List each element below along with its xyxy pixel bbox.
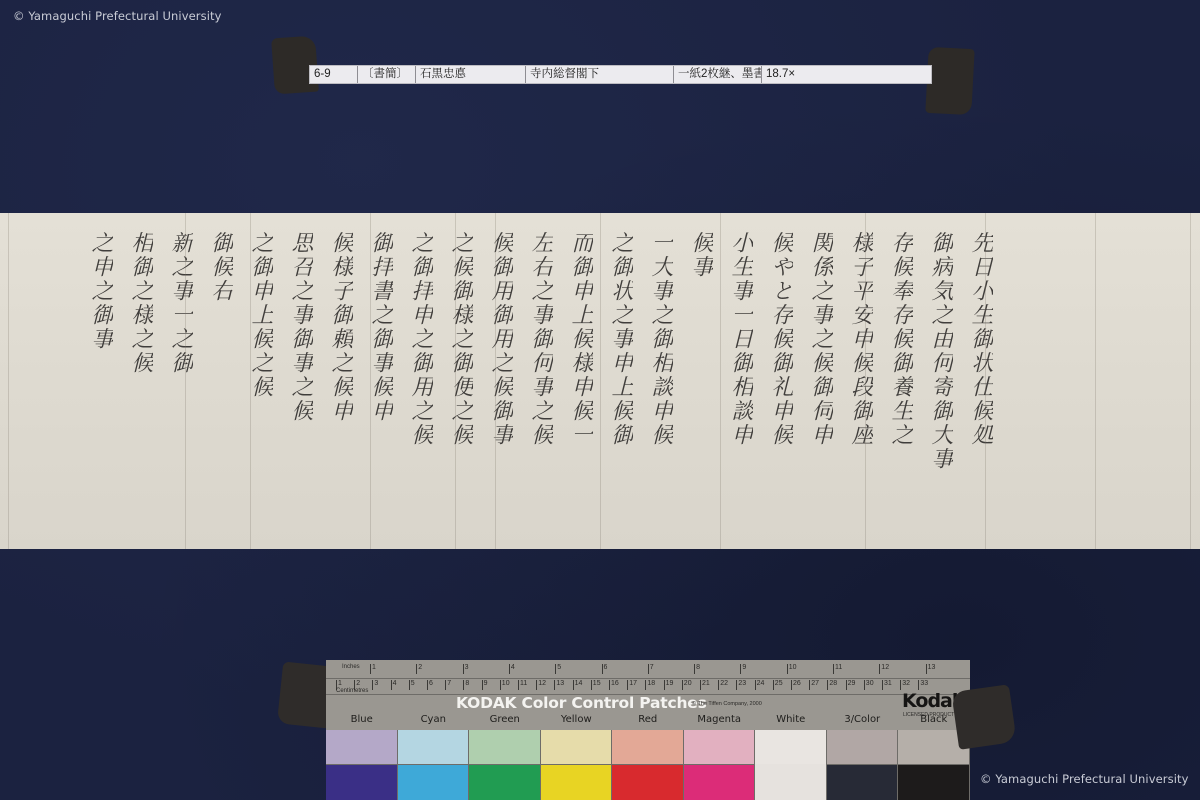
color-patch (755, 730, 827, 800)
ruler-cm-tick: 25 (775, 680, 783, 687)
ruler-cm-tick: 8 (465, 680, 469, 687)
calligraphy-column: 候御用御用之候御事 (480, 231, 520, 539)
ruler-cm-tick: 2 (356, 680, 360, 687)
ruler-cm-tick: 9 (484, 680, 488, 687)
patch-label: White (755, 714, 827, 730)
paper-fold-line (1095, 213, 1096, 549)
tape-piece (925, 47, 974, 115)
color-patch (541, 730, 613, 800)
patch-light-swatch (541, 730, 612, 764)
paper-fold-line (370, 213, 371, 549)
ruler-cm-tick: 33 (920, 680, 928, 687)
ruler-cm-tick: 1 (338, 680, 342, 687)
calligraphy-column: 之御拝申之御用之候 (400, 231, 440, 539)
ruler-cm-tick: 16 (611, 680, 619, 687)
ruler-cm-tick: 3 (374, 680, 378, 687)
patch-light-swatch (469, 730, 540, 764)
ruler-inch-tick: 6 (604, 664, 608, 671)
card-copyright: © The Tiffen Company, 2000 (692, 701, 762, 707)
calligraphy-column: 御拝書之御事候申 (360, 231, 400, 539)
calligraphy-column: 思召之事御事之候 (280, 231, 320, 539)
patch-light-swatch (755, 730, 826, 764)
calligraphy-column: 候事 (680, 231, 720, 539)
paper-fold-line (720, 213, 721, 549)
color-patch (827, 730, 899, 800)
patch-dark-swatch (827, 764, 898, 800)
paper-fold-line (455, 213, 456, 549)
ruler-cm-tick: 21 (702, 680, 710, 687)
patch-label: Red (612, 714, 684, 730)
ruler-inch-tick: 8 (696, 664, 700, 671)
paper-fold-line (865, 213, 866, 549)
calligraphy-column: 先日小生御状仕候処 (960, 231, 1000, 539)
calligraphy-text: 先日小生御状仕候処御病気之由何寄御大事存候奉存候御養生之様子平安申候段御座関係之… (30, 231, 1000, 539)
patch-light-swatch (326, 730, 397, 764)
ruler-centimetres-label: Centimetres (336, 688, 368, 694)
ruler-cm-tick: 20 (684, 680, 692, 687)
calligraphy-column: 而御申上候様申候一 (560, 231, 600, 539)
patch-label: Magenta (684, 714, 756, 730)
calligraphy-column: 候様子御頼之候申 (320, 231, 360, 539)
ruler-cm-tick: 7 (447, 680, 451, 687)
patch-label: Yellow (541, 714, 613, 730)
ruler-cm-tick: 27 (811, 680, 819, 687)
ruler-cm-tick: 4 (393, 680, 397, 687)
calligraphy-column: 一大事之御相談申候 (640, 231, 680, 539)
ruler-cm-tick: 17 (629, 680, 637, 687)
calligraphy-column: 様子平安申候段御座 (840, 231, 880, 539)
patch-label: Blue (326, 714, 398, 730)
ruler-cm-tick: 18 (647, 680, 655, 687)
calligraphy-column: 左右之事御何事之候 (520, 231, 560, 539)
ruler-cm-tick: 6 (429, 680, 433, 687)
patch-light-swatch (684, 730, 755, 764)
ruler-cm-tick: 29 (848, 680, 856, 687)
patch-labels: BlueCyanGreenYellowRedMagentaWhite3/Colo… (326, 714, 970, 730)
ruler-cm-tick: 28 (829, 680, 837, 687)
paper-fold-line (1190, 213, 1191, 549)
label-cell: 一紙2枚継、墨書 (674, 66, 762, 83)
ruler-cm-tick: 15 (593, 680, 601, 687)
ruler-inch-tick: 7 (650, 664, 654, 671)
ruler-cm-tick: 22 (720, 680, 728, 687)
calligraphy-column: 御候右 (200, 231, 240, 539)
patch-dark-swatch (326, 764, 397, 800)
paper-fold-line (250, 213, 251, 549)
ruler-inch-tick: 12 (881, 664, 889, 671)
patch-light-swatch (827, 730, 898, 764)
color-patch (398, 730, 470, 800)
calligraphy-column: 御病気之由何寄御大事 (920, 231, 960, 539)
ruler-cm-tick: 10 (502, 680, 510, 687)
paper-fold-line (185, 213, 186, 549)
patch-dark-swatch (755, 764, 826, 800)
ruler-cm-tick: 24 (757, 680, 765, 687)
label-cell: 〔書簡〕 (358, 66, 416, 83)
label-cell: 6-9 (310, 66, 358, 83)
ruler-cm-tick: 13 (556, 680, 564, 687)
label-cell: 18.7× (762, 66, 931, 83)
patch-label: Cyan (398, 714, 470, 730)
ruler-cm-tick: 14 (575, 680, 583, 687)
ruler-cm-tick: 23 (738, 680, 746, 687)
ruler-inches: Inches 12345678910111213 (326, 662, 970, 679)
calligraphy-column: 新之事一之御 (160, 231, 200, 539)
ruler-inch-tick: 5 (557, 664, 561, 671)
kodak-color-card: Inches 12345678910111213 123456789101112… (326, 660, 970, 800)
calligraphy-column: 之御状之事申上候御 (600, 231, 640, 539)
patch-light-swatch (612, 730, 683, 764)
ruler-cm-tick: 32 (902, 680, 910, 687)
ruler-inch-tick: 1 (372, 664, 376, 671)
tape-piece (951, 684, 1017, 750)
patch-label: Green (469, 714, 541, 730)
ruler-centimetres: 1234567891011121314151617181920212223242… (326, 678, 970, 694)
calligraphy-column: 之御申上候之候 (240, 231, 280, 539)
ruler-cm-tick: 31 (884, 680, 892, 687)
ruler-inch-tick: 2 (418, 664, 422, 671)
paper-fold-line (985, 213, 986, 549)
patch-light-swatch (398, 730, 469, 764)
calligraphy-column: 候やと存候御礼申候 (760, 231, 800, 539)
patch-dark-swatch (898, 764, 969, 800)
color-patches (326, 730, 970, 800)
calligraphy-column: 存候奉存候御養生之 (880, 231, 920, 539)
letter-paper: 先日小生御状仕候処御病気之由何寄御大事存候奉存候御養生之様子平安申候段御座関係之… (0, 213, 1200, 549)
ruler-cm-tick: 5 (411, 680, 415, 687)
patch-dark-swatch (684, 764, 755, 800)
calligraphy-column: 小生事一日御相談申 (720, 231, 760, 539)
color-patch (326, 730, 398, 800)
ruler-inch-tick: 9 (742, 664, 746, 671)
ruler-inch-tick: 11 (835, 664, 842, 671)
ruler-inch-tick: 13 (928, 664, 936, 671)
copyright-top-left: © Yamaguchi Prefectural University (13, 9, 222, 23)
color-patch (612, 730, 684, 800)
calligraphy-column: 之候御様之御便之候 (440, 231, 480, 539)
ruler: Inches 12345678910111213 123456789101112… (326, 660, 970, 695)
ruler-cm-tick: 11 (520, 680, 527, 687)
ruler-cm-tick: 19 (666, 680, 674, 687)
label-cell: 寺内総督閣下 (526, 66, 674, 83)
ruler-cm-tick: 30 (866, 680, 874, 687)
paper-fold-line (600, 213, 601, 549)
label-cell: 石黒忠悳 (416, 66, 526, 83)
paper-fold-line (495, 213, 496, 549)
patch-dark-swatch (541, 764, 612, 800)
color-patch (684, 730, 756, 800)
card-title: KODAK Color Control Patches (456, 694, 707, 712)
ruler-inch-tick: 10 (789, 664, 797, 671)
ruler-cm-tick: 12 (538, 680, 546, 687)
paper-fold-line (8, 213, 9, 549)
patch-dark-swatch (469, 764, 540, 800)
patch-dark-swatch (398, 764, 469, 800)
color-patch (469, 730, 541, 800)
ruler-inches-label: Inches (342, 664, 360, 670)
patch-dark-swatch (612, 764, 683, 800)
ruler-cm-tick: 26 (793, 680, 801, 687)
copyright-bottom-right: © Yamaguchi Prefectural University (980, 772, 1189, 786)
patch-label: 3/Color (827, 714, 899, 730)
calligraphy-column: 之申之御事 (80, 231, 120, 539)
calligraphy-column: 関係之事之候御伺申 (800, 231, 840, 539)
calligraphy-column: 相御之様之候 (120, 231, 160, 539)
ruler-inch-tick: 3 (465, 664, 469, 671)
catalog-label-strip: 6-9〔書簡〕石黒忠悳寺内総督閣下一紙2枚継、墨書18.7× (309, 65, 932, 84)
ruler-inch-tick: 4 (511, 664, 515, 671)
